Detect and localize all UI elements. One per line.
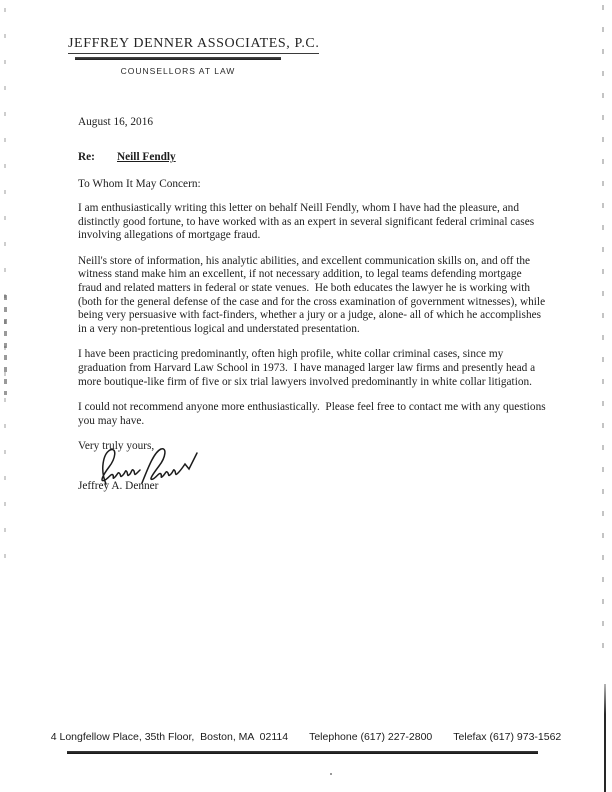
letterhead-tagline: COUNSELLORS AT LAW (68, 66, 288, 76)
firm-name: JEFFREY DENNER ASSOCIATES, P.C. (68, 36, 319, 54)
re-line: Re:Neill Fendly (78, 151, 176, 163)
footer: 4 Longfellow Place, 35th Floor, Boston, … (40, 731, 572, 743)
letter-date: August 16, 2016 (78, 116, 153, 128)
salutation: To Whom It May Concern: (78, 178, 201, 190)
scan-artifact-left (4, 8, 6, 580)
re-subject: Neill Fendly (117, 151, 176, 163)
paragraph-1: I am enthusiastically writing this lette… (78, 202, 548, 243)
scan-artifact-left-dark (4, 295, 7, 395)
footer-address: 4 Longfellow Place, 35th Floor, Boston, … (51, 731, 288, 743)
scan-artifact-right (602, 5, 604, 650)
re-label: Re: (78, 151, 117, 163)
scan-artifact-right-dark (604, 684, 606, 792)
letterhead-rule (75, 57, 281, 60)
footer-rule (67, 751, 538, 754)
letter-body: I am enthusiastically writing this lette… (78, 202, 548, 494)
letterhead: JEFFREY DENNER ASSOCIATES, P.C. COUNSELL… (68, 34, 288, 76)
scan-speck (330, 773, 332, 775)
paragraph-3: I have been practicing predominantly, of… (78, 348, 548, 389)
paragraph-2: Neill's store of information, his analyt… (78, 255, 548, 337)
handwritten-signature-icon (90, 446, 212, 490)
footer-telephone: Telephone (617) 227-2800 (309, 731, 432, 743)
letter-page: JEFFREY DENNER ASSOCIATES, P.C. COUNSELL… (0, 0, 612, 792)
paragraph-4: I could not recommend anyone more enthus… (78, 401, 548, 428)
footer-telefax: Telefax (617) 973-1562 (453, 731, 561, 743)
signature-block (78, 454, 548, 480)
